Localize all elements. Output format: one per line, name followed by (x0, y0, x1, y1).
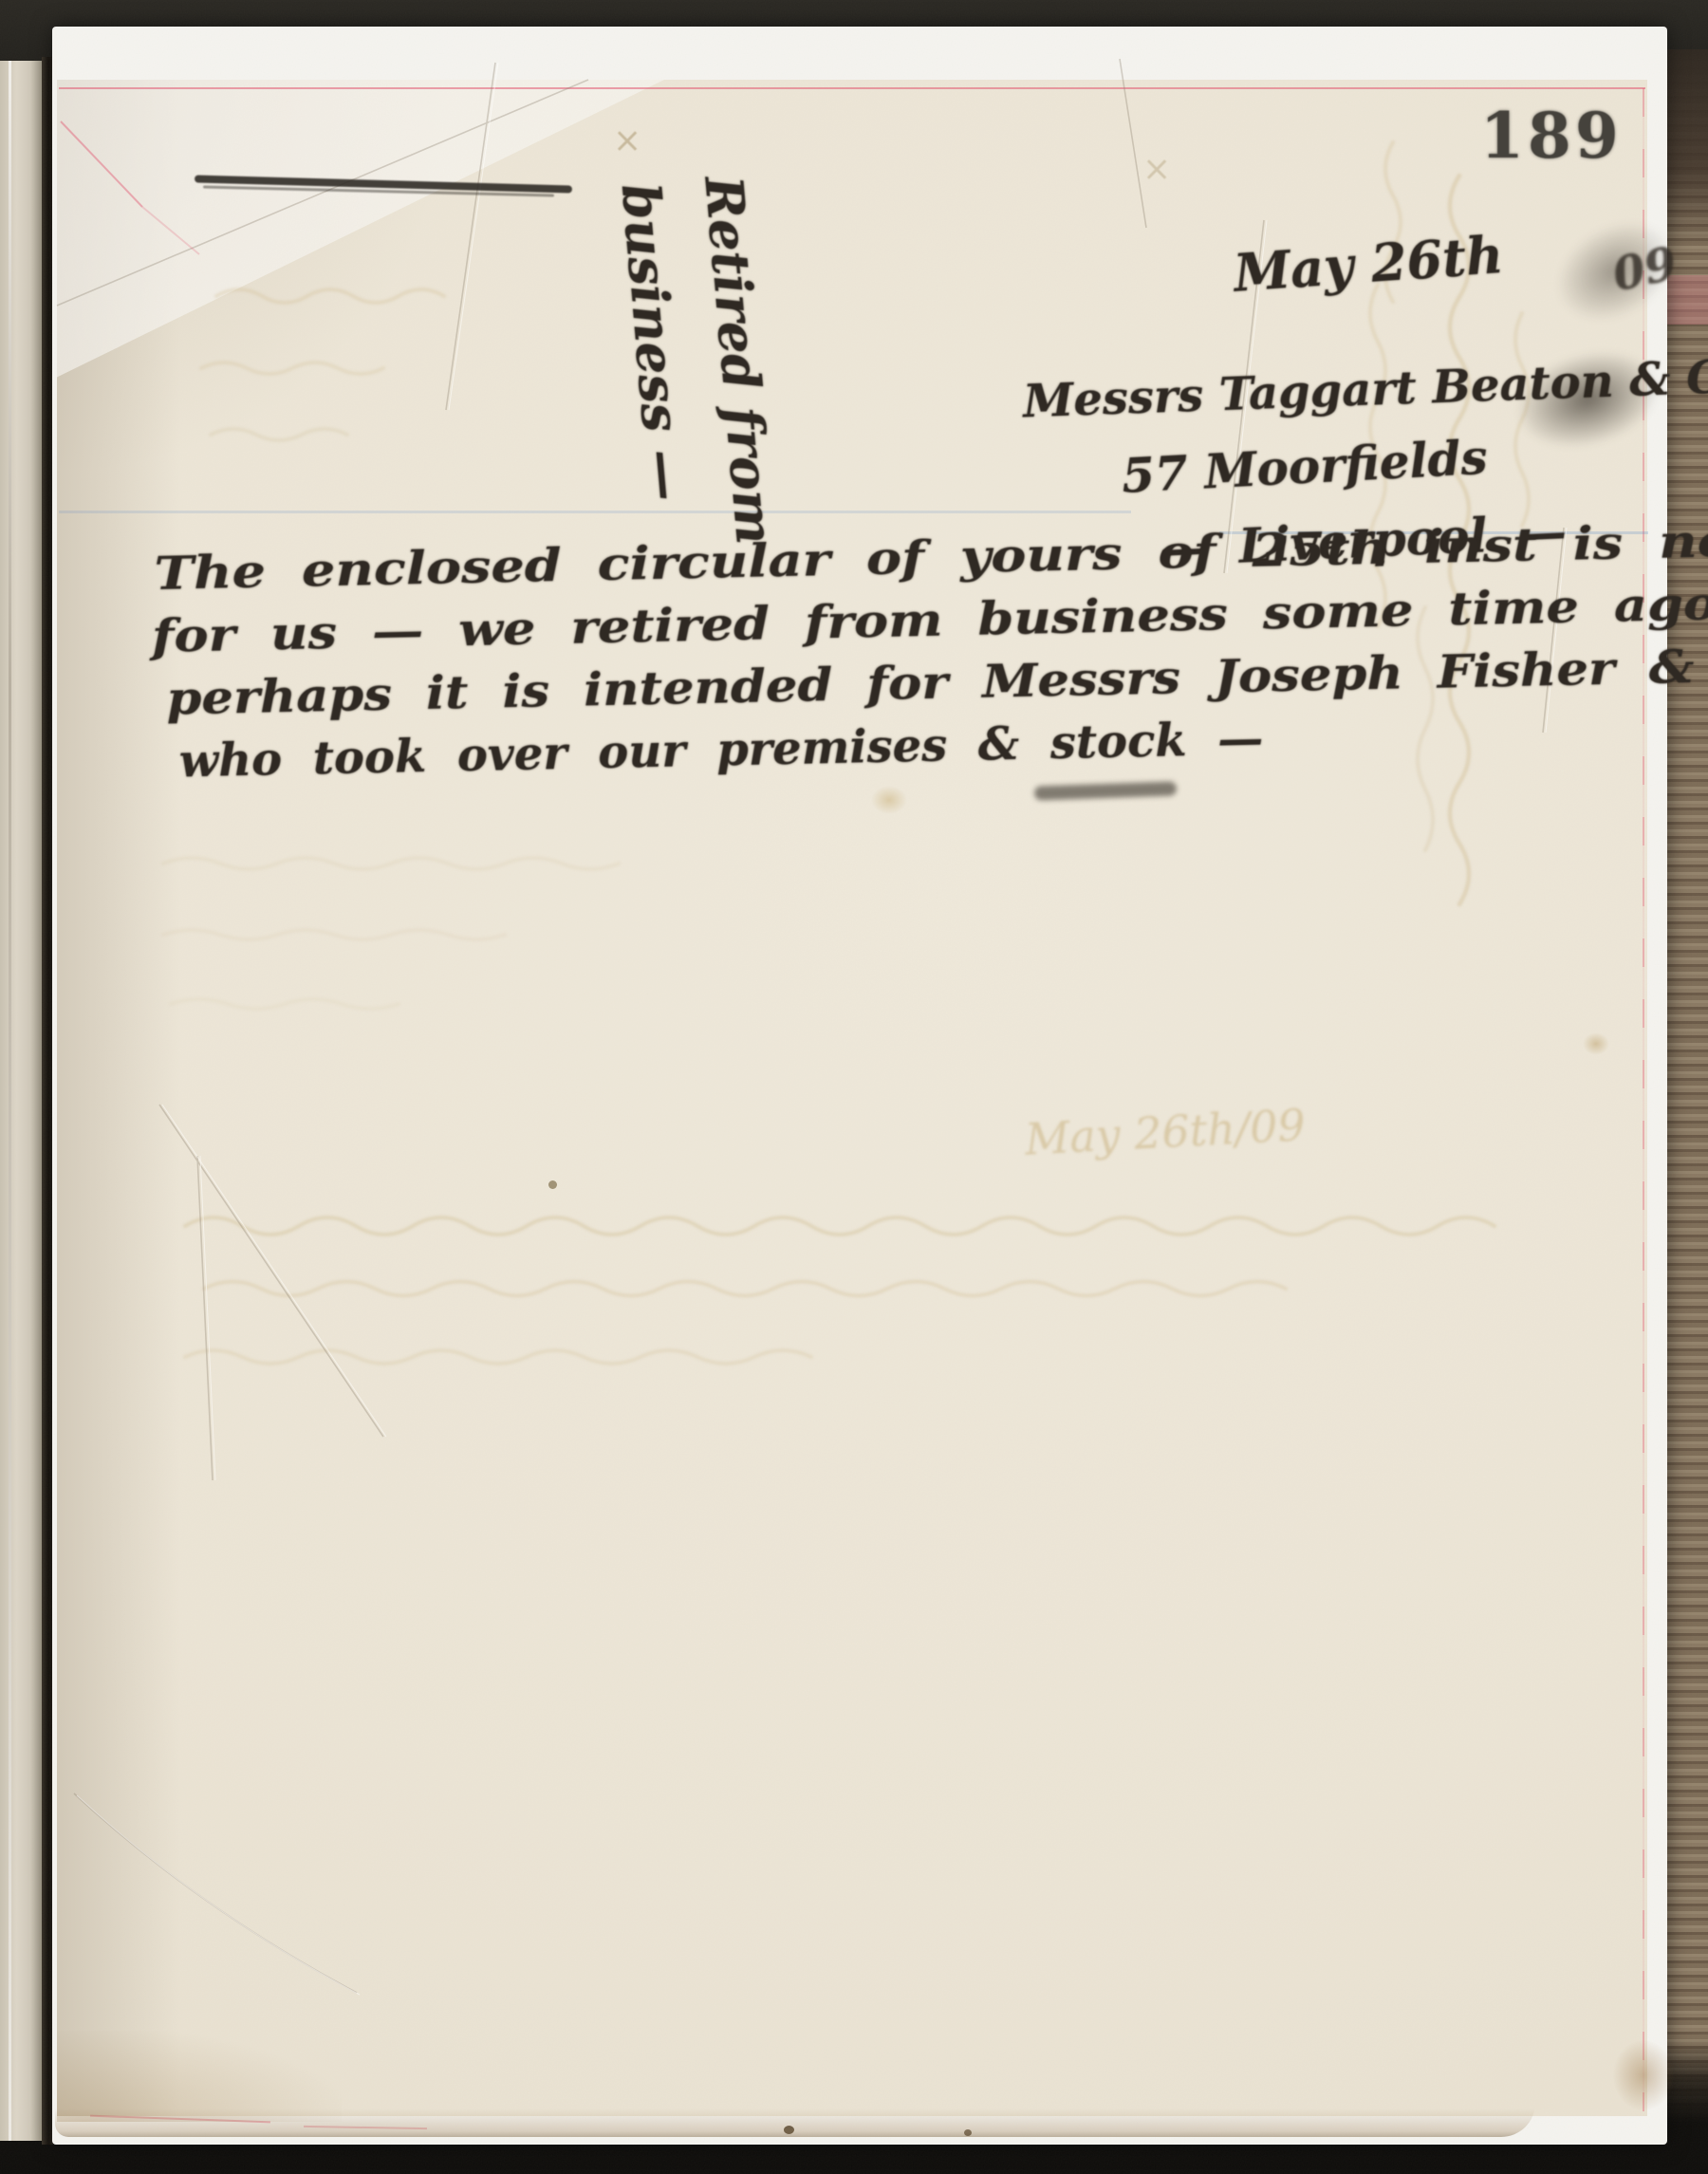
pencil-x-mark: × (613, 121, 641, 160)
pencil-x-mark: × (1142, 150, 1171, 189)
blue-rule (59, 511, 1131, 513)
pink-margin-rule-top (59, 87, 1645, 89)
speck (548, 1180, 557, 1189)
previous-page-edge (0, 61, 44, 2141)
stain (1583, 1032, 1609, 1055)
previous-page-crease (9, 61, 11, 2141)
fore-edge-shadow-top (1664, 49, 1708, 249)
stain (1613, 2040, 1674, 2110)
body-paragraph: The enclosed circular of yours of 25th i… (154, 511, 1708, 793)
margin-note-rotated: Retired from business — (599, 173, 797, 555)
scanned-letterbook-page: 189 Retired from business — May 26th 09 … (0, 0, 1708, 2174)
edge-browning (57, 2031, 342, 2122)
stain (871, 786, 907, 814)
folio-number: 189 (1480, 99, 1623, 173)
